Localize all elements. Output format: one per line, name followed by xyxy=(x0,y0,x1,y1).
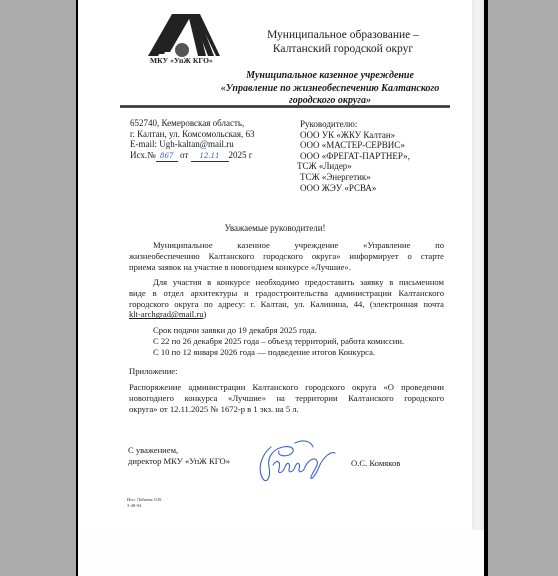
scan-edge xyxy=(472,0,484,530)
appendix-line: Распоряжение администрации Калтанского г… xyxy=(129,382,444,393)
executor-footer: Исп. Лобаева О.В. 3-48-04 xyxy=(127,497,162,509)
closing-phrase: С уважением, xyxy=(128,445,230,456)
institution-line-2: «Управление по жизнеобеспечению Калтанск… xyxy=(200,83,460,96)
paragraph-line: жизнеобеспечению Калтанского городского … xyxy=(129,251,444,262)
municipality-title: Муниципальное образование – Калтанский г… xyxy=(258,28,428,56)
recipients-block: Руководителю: ООО УК «ЖКУ Калтан» ООО «М… xyxy=(297,119,410,193)
outgoing-number-label: Исх.№ xyxy=(130,150,156,160)
document-page: МКУ «УпЖ КГО» Муниципальное образование … xyxy=(78,0,484,576)
appendix-text: Распоряжение администрации Калтанского г… xyxy=(129,382,444,414)
recipient-item: ООО ЖЭУ «РСВА» xyxy=(300,183,410,194)
greeting: Уважаемые руководители! xyxy=(78,223,472,233)
municipality-line-1: Муниципальное образование – xyxy=(258,28,428,42)
viewer-border-right xyxy=(484,0,488,576)
recipient-item: ООО УК «ЖКУ Калтан» xyxy=(300,130,410,141)
municipality-line-2: Калтанский городской округ xyxy=(258,42,428,56)
handwritten-signature-icon xyxy=(253,437,338,487)
recipient-item: ТСЖ «Энергетик» xyxy=(300,172,410,183)
paragraph-line: Муниципальное казенное учреждение «Управ… xyxy=(129,240,444,251)
paragraph-line: приема заявок на участие в новогоднем ко… xyxy=(129,262,444,273)
date-label: от xyxy=(180,150,188,160)
outgoing-number-line: Исх.№867 от 12.112025 г xyxy=(130,150,255,163)
date-value: 12.11 xyxy=(200,152,220,160)
sender-address-line-1: 652740, Кемеровская область, xyxy=(130,118,255,129)
institution-line-1: Муниципальное казенное учреждение xyxy=(200,70,460,83)
letterhead-divider xyxy=(120,105,450,108)
signer-name: О.С. Комяков xyxy=(351,458,400,468)
sender-address-line-2: г. Калтан, ул. Комсомольская, 63 xyxy=(130,129,255,140)
recipient-item: ООО «ФРЕГАТ-ПАРТНЕР», xyxy=(300,151,410,162)
deadline-item: С 22 по 26 декабря 2025 года – объезд те… xyxy=(153,336,404,347)
outgoing-number-value: 867 xyxy=(160,152,173,160)
date-year: 2025 г xyxy=(229,150,253,160)
appendix-line: новогоднего конкурса «Лучшие» на террито… xyxy=(129,393,444,404)
deadline-item: С 10 по 12 января 2026 года — подведение… xyxy=(153,347,404,358)
recipients-heading: Руководителю: xyxy=(300,119,410,130)
paragraph-line: виде в отдел архитектуры и градостроител… xyxy=(129,288,444,299)
logo-caption: МКУ «УпЖ КГО» xyxy=(150,56,213,65)
signer-position: директор МКУ «УпЖ КГО» xyxy=(128,456,230,467)
scanned-letter: МКУ «УпЖ КГО» Муниципальное образование … xyxy=(78,0,472,530)
recipient-item: ООО «МАСТЕР-СЕРВИС» xyxy=(300,140,410,151)
sender-block: 652740, Кемеровская область, г. Калтан, … xyxy=(130,118,255,162)
recipient-item: ТСЖ «Лидер» xyxy=(297,161,410,172)
paragraph-instructions: Для участия в конкурсе необходимо предос… xyxy=(129,277,444,320)
paragraph-line: городского округа по адресу: г. Калтан, … xyxy=(129,299,444,310)
sender-email: E-mail: Ugh-kaltan@mail.ru xyxy=(130,139,255,150)
institution-title: Муниципальное казенное учреждение «Управ… xyxy=(200,70,460,108)
appendix-heading: Приложение: xyxy=(129,366,178,376)
deadlines-list: Срок подачи заявки до 19 декабря 2025 го… xyxy=(153,325,404,357)
paragraph-announcement: Муниципальное казенное учреждение «Управ… xyxy=(129,240,444,272)
signature-block: С уважением, директор МКУ «УпЖ КГО» xyxy=(128,445,230,467)
architecture-email-link[interactable]: klt-archgrad@mail.ru xyxy=(129,309,204,319)
appendix-line: округа» от 12.11.2025 № 1672-р в 1 экз. … xyxy=(129,404,444,415)
paragraph-line: Для участия в конкурсе необходимо предос… xyxy=(129,277,444,288)
executor-phone: 3-48-04 xyxy=(127,503,162,509)
deadline-item: Срок подачи заявки до 19 декабря 2025 го… xyxy=(153,325,404,336)
paragraph-closing: ) xyxy=(204,309,207,319)
